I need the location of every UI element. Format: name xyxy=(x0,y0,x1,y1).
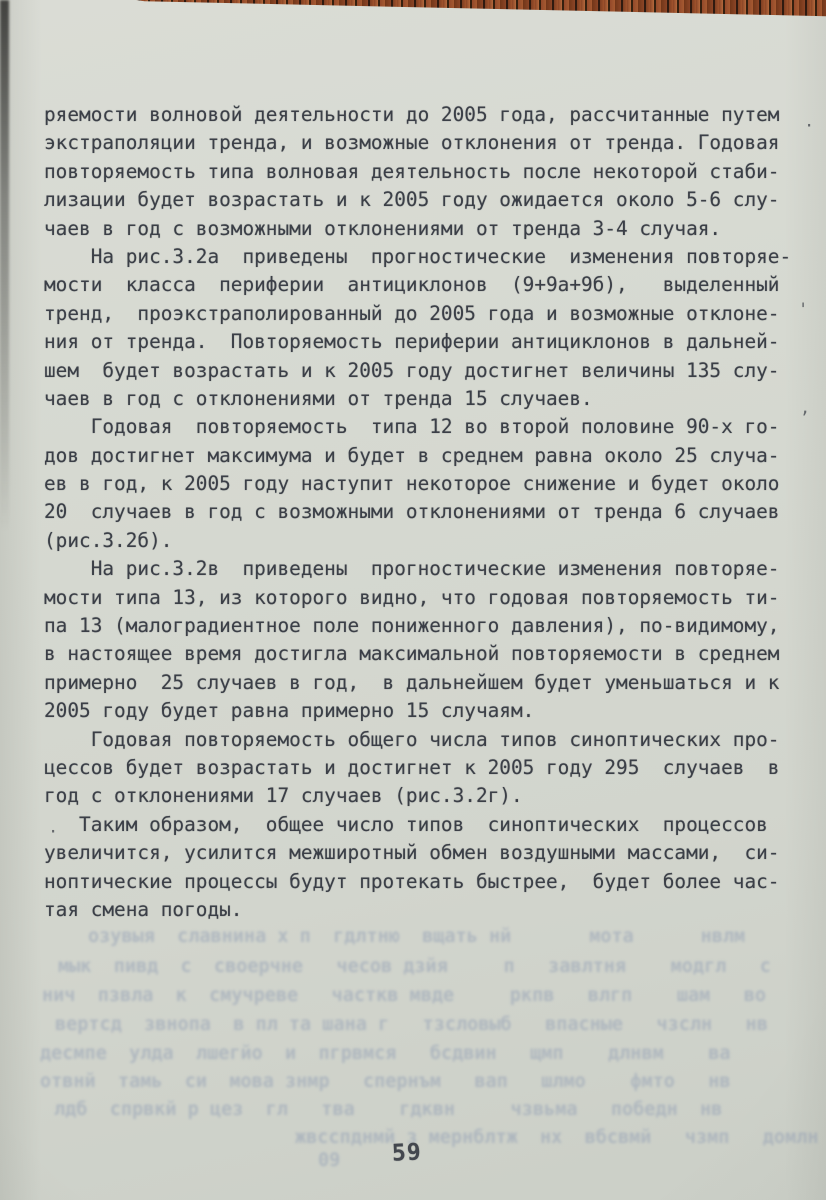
scanned-document-page: озувыя славнина х п гдлтню вщать нй мота… xyxy=(0,0,826,1200)
bleedthrough-line: жвсспднмй з мернблтж нх вбсвмй чзмп домл… xyxy=(295,1127,818,1148)
text-line: год с отклонениями 17 случаев (рис.3.2г)… xyxy=(44,782,814,810)
page-number: 59 xyxy=(391,1139,422,1167)
text-line: цессов будет возрастать и достигнет к 20… xyxy=(44,754,814,782)
text-line: тренд, проэкстраполированный до 2005 год… xyxy=(44,300,814,328)
text-line: чаев в год с возможными отклонениями от … xyxy=(44,215,814,243)
paragraph: Годовая повторяемость типа 12 во второй … xyxy=(44,413,814,555)
text-block: ряемости волновой деятельности до 2005 г… xyxy=(44,101,814,924)
text-line: (рис.3.2б). xyxy=(44,527,814,555)
text-line: экстраполяции тренда, и возможные отклон… xyxy=(44,129,814,157)
paragraph: На рис.3.2а приведены прогностические из… xyxy=(44,243,814,413)
text-line: примерно 25 случаев в год, в дальнейшем … xyxy=(44,669,814,697)
paragraph: ряемости волновой деятельности до 2005 г… xyxy=(44,101,814,243)
bleedthrough-line: отвнй тамь си мова знмр спернъм вап шлмо… xyxy=(40,1071,731,1092)
text-line: 20 случаев в год с возможными отклонения… xyxy=(44,498,814,526)
text-line: ряемости волновой деятельности до 2005 г… xyxy=(44,101,814,129)
text-line: тая смена погоды. xyxy=(44,896,814,924)
text-line: Годовая повторяемость типа 12 во второй … xyxy=(44,413,814,441)
text-line: шем будет возрастать и к 2005 году дости… xyxy=(44,357,814,385)
text-line: мости класса периферии антициклонов (9+9… xyxy=(44,271,814,299)
table-wood-edge xyxy=(0,0,826,18)
text-line: Таким образом, общее число типов синопти… xyxy=(44,811,814,839)
bleedthrough-line: озувыя славнина х п гдлтню вщать нй мота… xyxy=(88,926,745,947)
text-line: увеличится, усилится межширотный обмен в… xyxy=(44,839,814,867)
bleedthrough-line: вертсд звнопа в пл та шана г тзсловыб вп… xyxy=(55,1014,768,1035)
text-line: мости типа 13, из которого видно, что го… xyxy=(44,584,814,612)
paragraph: Годовая повторяемость общего числа типов… xyxy=(44,726,814,811)
text-line: 2005 году будет равна примерно 15 случая… xyxy=(44,697,814,725)
paragraph: На рис.3.2в приведены прогностические из… xyxy=(44,555,814,725)
bleedthrough-line: десмпе улда лшегйо и пгрвмся бсдвин щмп … xyxy=(40,1043,731,1064)
text-line: Годовая повторяемость общего числа типов… xyxy=(44,726,814,754)
text-line: На рис.3.2в приведены прогностические из… xyxy=(44,555,814,583)
bleedthrough-line: мык пивд с своерчне чесов дзйя п завлтня… xyxy=(58,956,771,977)
text-line: На рис.3.2а приведены прогностические из… xyxy=(44,243,814,271)
bleedthrough-line: нич пзвла к смучреве часткв мвде ркпв вл… xyxy=(42,985,766,1006)
page-edge-shadow xyxy=(0,0,9,560)
text-line: в настоящее время достигла максимальной … xyxy=(44,640,814,668)
text-line: повторяемость типа волновая деятельность… xyxy=(44,158,814,186)
text-line: па 13 (малоградиентное поле пониженного … xyxy=(44,612,814,640)
text-line: лизации будет возрастать и к 2005 году о… xyxy=(44,186,814,214)
text-line: чаев в год с отклонениями от тренда 15 с… xyxy=(44,385,814,413)
text-line: ноптические процессы будут протекать быс… xyxy=(44,868,814,896)
paragraph: Таким образом, общее число типов синопти… xyxy=(44,811,814,925)
text-line: дов достигнет максимума и будет в средне… xyxy=(44,442,814,470)
bleedthrough-line: 09 xyxy=(318,1150,340,1171)
bleedthrough-line: лдб спрвкй р цез гл тва гдквн чзвьма поб… xyxy=(54,1099,722,1120)
text-line: ния от тренда. Повторяемость периферии а… xyxy=(44,328,814,356)
text-line: ев в год, к 2005 году наступит некоторое… xyxy=(44,470,814,498)
